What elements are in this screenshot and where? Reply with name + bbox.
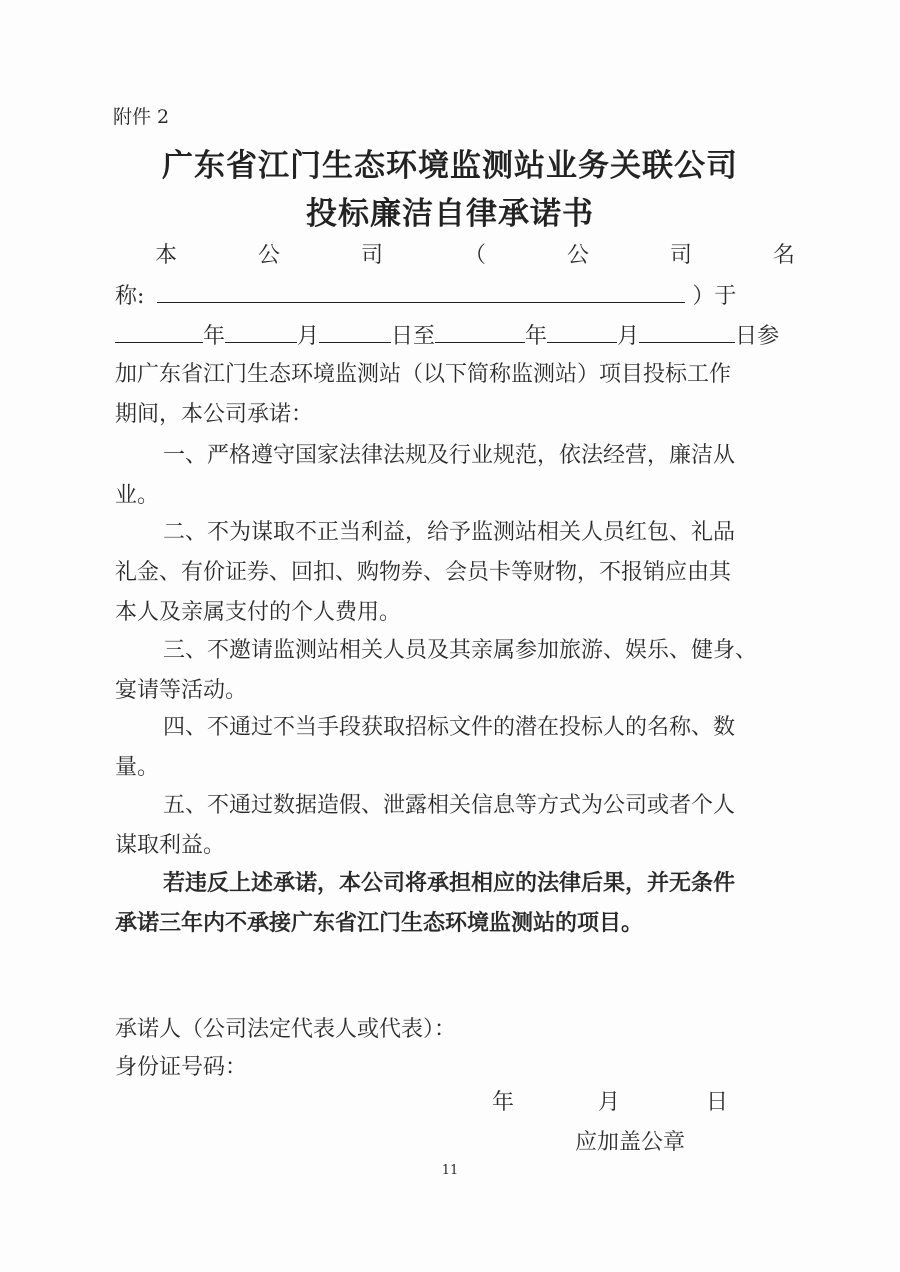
clause-3-line1: 三、不邀请监测站相关人员及其亲属参加旅游、娱乐、健身、: [163, 633, 795, 664]
page-number: 11: [0, 1163, 900, 1178]
clause-1-line2: 业。: [115, 478, 795, 509]
intro-char: 名: [773, 238, 795, 269]
company-name-prefix: 称:: [115, 284, 144, 309]
intro-line4: 期间，本公司承诺：: [115, 397, 795, 428]
sign-date-year: 年: [492, 1085, 514, 1116]
document-page: 附件 2 广东省江门生态环境监测站业务关联公司 投标廉洁自律承诺书 本 公 司 …: [0, 0, 900, 1272]
clause-4-line1: 四、不通过不当手段获取招标文件的潜在投标人的名称、数: [163, 710, 795, 741]
company-name-field[interactable]: [157, 278, 685, 303]
clause-5-line2: 谋取利益。: [115, 828, 795, 859]
clause-2-line1: 二、不为谋取不正当利益，给予监测站相关人员红包、礼品: [163, 515, 795, 546]
start-year-field[interactable]: [115, 318, 203, 343]
day-participate-label: 日参: [735, 324, 779, 349]
date-range-line: 年月日至年月日参: [115, 318, 795, 350]
clause-3-line2: 宴请等活动。: [115, 673, 795, 704]
intro-char: 司: [670, 238, 692, 269]
attachment-label: 附件 2: [113, 102, 169, 129]
clause-2-line2: 礼金、有价证券、回扣、购物券、会员卡等财物，不报销应由其: [115, 555, 795, 586]
intro-char: 公: [567, 238, 589, 269]
end-month-field[interactable]: [547, 318, 617, 343]
month-label: 月: [617, 324, 639, 349]
day-to-label: 日至: [391, 324, 435, 349]
penalty-line1: 若违反上述承诺，本公司将承担相应的法律后果，并无条件: [163, 866, 795, 897]
company-name-suffix: ）于: [692, 284, 736, 309]
intro-line-spread: 本 公 司 （ 公 司 名: [155, 238, 795, 269]
intro-char: （: [464, 238, 486, 269]
document-title-line2: 投标廉洁自律承诺书: [0, 188, 900, 233]
id-number-label: 身份证号码：: [115, 1050, 795, 1081]
end-day-field[interactable]: [639, 318, 735, 343]
document-title-line1: 广东省江门生态环境监测站业务关联公司: [0, 140, 900, 185]
month-label: 月: [297, 324, 319, 349]
sign-date-day: 日: [706, 1085, 728, 1116]
clause-5-line1: 五、不通过数据造假、泄露相关信息等方式为公司或者个人: [163, 788, 795, 819]
company-name-line: 称: ）于: [115, 278, 795, 310]
clause-2-line3: 本人及亲属支付的个人费用。: [115, 595, 795, 626]
year-label: 年: [203, 324, 225, 349]
intro-line3: 加广东省江门生态环境监测站（以下简称监测站）项目投标工作: [115, 357, 795, 388]
sign-date-month: 月: [598, 1085, 620, 1116]
year-label: 年: [525, 324, 547, 349]
intro-char: 本: [155, 238, 177, 269]
penalty-line2: 承诺三年内不承接广东省江门生态环境监测站的项目。: [115, 906, 795, 937]
promisor-label: 承诺人（公司法定代表人或代表）：: [115, 1012, 795, 1043]
seal-note: 应加盖公章: [575, 1125, 685, 1156]
clause-1-line1: 一、严格遵守国家法律法规及行业规范，依法经营，廉洁从: [163, 438, 795, 469]
start-day-field[interactable]: [319, 318, 391, 343]
clause-4-line2: 量。: [115, 750, 795, 781]
intro-char: 司: [361, 238, 383, 269]
intro-char: 公: [258, 238, 280, 269]
end-year-field[interactable]: [435, 318, 525, 343]
start-month-field[interactable]: [225, 318, 297, 343]
